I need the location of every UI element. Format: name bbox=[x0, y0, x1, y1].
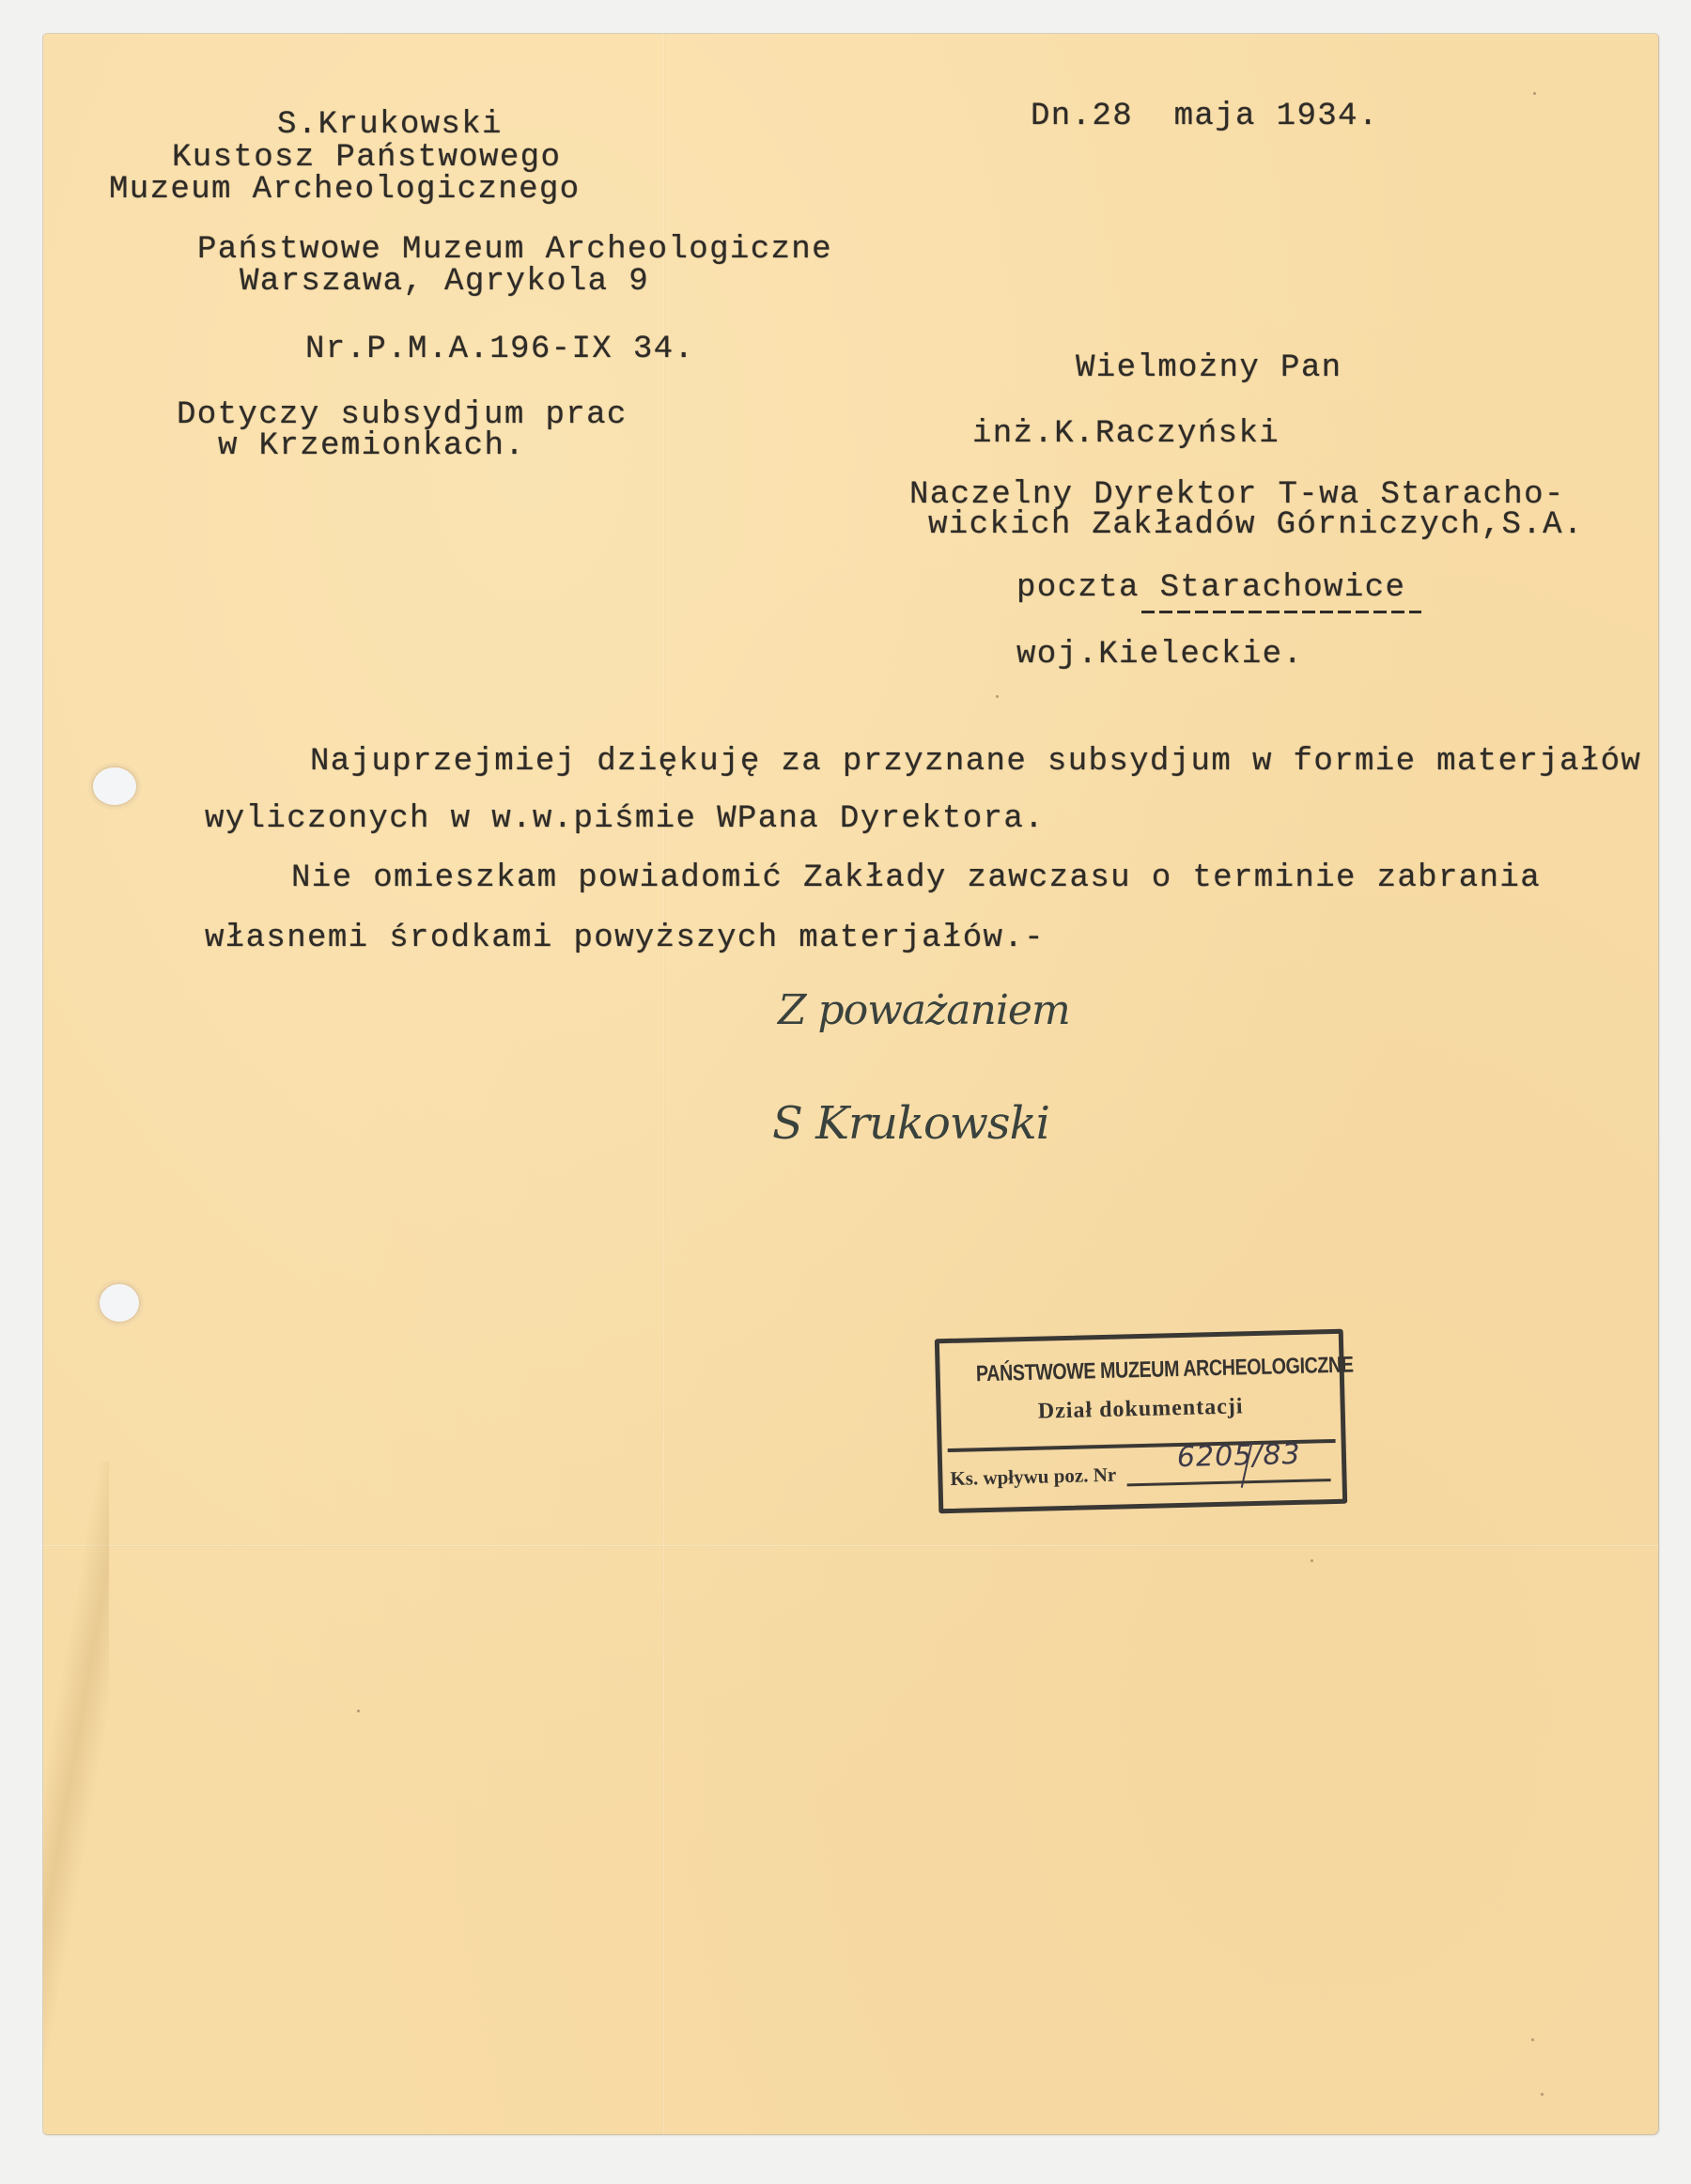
punch-hole-top bbox=[91, 766, 138, 807]
archive-stamp: PAŃSTWOWE MUZEUM ARCHEOLOGICZNE Dział do… bbox=[935, 1329, 1347, 1514]
stamp-register-label: Ks. wpływu poz. Nr bbox=[950, 1464, 1116, 1491]
stamp-department: Dział dokumentacji bbox=[940, 1392, 1341, 1427]
institution-name: Państwowe Muzeum Archeologiczne bbox=[197, 234, 832, 266]
handwritten-closing: Z poważaniem bbox=[778, 986, 1070, 1034]
letter-paper bbox=[43, 34, 1658, 2134]
recipient-post: poczta Starachowice bbox=[1016, 572, 1405, 604]
paper-speck bbox=[357, 1710, 360, 1712]
sender-title: Kustosz Państwowego bbox=[172, 142, 561, 174]
punch-hole-bottom bbox=[98, 1282, 141, 1324]
recipient-title-line-2: wickich Zakładów Górniczych,S.A. bbox=[928, 509, 1584, 541]
stamp-register-number: 6205/83 bbox=[1177, 1438, 1301, 1474]
recipient-name: inż.K.Raczyński bbox=[972, 418, 1280, 450]
handwritten-signature: S Krukowski bbox=[772, 1097, 1049, 1150]
paper-speck bbox=[1311, 1559, 1313, 1562]
horizontal-fold-line bbox=[43, 1545, 1658, 1547]
paper-speck bbox=[1531, 2038, 1534, 2041]
body-paragraph-1-line-2: wyliczonych w w.w.piśmie WPana Dyrektora… bbox=[205, 803, 1045, 835]
body-paragraph-2-line-2: własnemi środkami powyższych materjałów.… bbox=[205, 922, 1045, 954]
stamp-institution: PAŃSTWOWE MUZEUM ARCHEOLOGICZNE bbox=[976, 1354, 1304, 1388]
stamp-number-line bbox=[1127, 1479, 1331, 1486]
reference-number: Nr.P.M.A.196-IX 34. bbox=[305, 333, 694, 365]
paper-speck bbox=[1541, 2093, 1544, 2096]
body-paragraph-1-line-1: Najuprzejmiej dziękuję za przyznane subs… bbox=[310, 746, 1641, 778]
recipient-title-line-1: Naczelny Dyrektor T-wa Staracho- bbox=[909, 479, 1565, 511]
paper-speck bbox=[996, 695, 999, 698]
sender-institution: Muzeum Archeologicznego bbox=[109, 174, 580, 206]
subject-line-2: w Krzemionkach. bbox=[218, 430, 525, 462]
subject-line-1: Dotyczy subsydjum prac bbox=[177, 399, 628, 431]
corner-crease bbox=[43, 1462, 109, 2134]
paper-speck bbox=[1533, 92, 1536, 95]
body-paragraph-2-line-1: Nie omieszkam powiadomić Zakłady zawczas… bbox=[291, 862, 1541, 894]
sender-name: S.Krukowski bbox=[277, 109, 503, 141]
letter-date: Dn.28 maja 1934. bbox=[1031, 101, 1379, 132]
institution-address: Warszawa, Agrykola 9 bbox=[240, 266, 649, 298]
post-underline bbox=[1141, 611, 1421, 613]
recipient-salutation: Wielmożny Pan bbox=[1076, 352, 1342, 384]
recipient-province: woj.Kieleckie. bbox=[1016, 639, 1303, 671]
